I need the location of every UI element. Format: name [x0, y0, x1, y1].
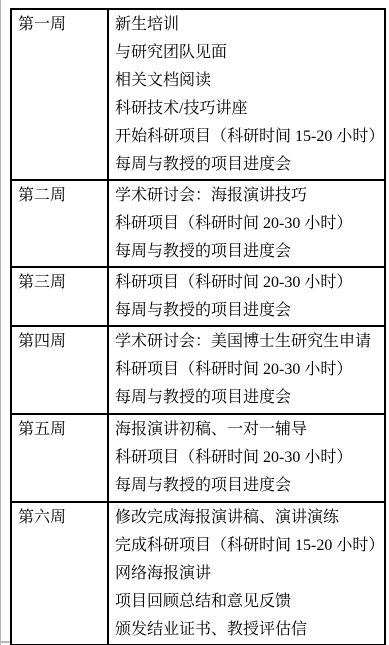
activities-cell: 学术研讨会：美国博士生研究生申请 科研项目（科研时间 20-30 小时） 每周与… — [108, 326, 385, 414]
week-label: 第一周 — [18, 16, 66, 33]
week-label-cell: 第一周 — [11, 9, 108, 180]
activity-line: 科研项目（科研时间 20-30 小时） — [115, 269, 382, 297]
activity-line: 每周与教授的项目进度会 — [115, 151, 382, 179]
table-row: 第一周 新生培训 与研究团队见面 相关文档阅读 科研技术/技巧讲座 开始科研项目… — [11, 9, 385, 180]
schedule-table: 第一周 新生培训 与研究团队见面 相关文档阅读 科研技术/技巧讲座 开始科研项目… — [10, 8, 386, 645]
activity-line: 每周与教授的项目进度会 — [115, 472, 382, 500]
activity-line: 新生培训 — [115, 11, 382, 39]
activity-line: 每周与教授的项目进度会 — [115, 238, 382, 266]
week-label-cell: 第五周 — [11, 414, 108, 502]
activities-cell: 学术研讨会：海报演讲技巧 科研项目（科研时间 20-30 小时） 每周与教授的项… — [108, 180, 385, 267]
week-label-cell: 第四周 — [11, 326, 108, 414]
activity-line: 完成科研项目（科研时间 15-20 小时） — [115, 532, 382, 560]
activities-cell: 新生培训 与研究团队见面 相关文档阅读 科研技术/技巧讲座 开始科研项目（科研时… — [108, 9, 385, 180]
activity-line: 每周与教授的项目进度会 — [115, 384, 382, 412]
table-row: 第六周 修改完成海报演讲稿、演讲演练 完成科研项目（科研时间 15-20 小时）… — [11, 502, 385, 645]
activity-line: 学术研讨会：海报演讲技巧 — [115, 182, 382, 210]
table-row: 第五周 海报演讲初稿、一对一辅导 科研项目（科研时间 20-30 小时） 每周与… — [11, 414, 385, 502]
table-row: 第二周 学术研讨会：海报演讲技巧 科研项目（科研时间 20-30 小时） 每周与… — [11, 180, 385, 267]
activities-cell: 修改完成海报演讲稿、演讲演练 完成科研项目（科研时间 15-20 小时） 网络海… — [108, 502, 385, 645]
activity-line: 修改完成海报演讲稿、演讲演练 — [115, 504, 382, 532]
week-label-cell: 第三周 — [11, 267, 108, 326]
activity-line: 学术研讨会：美国博士生研究生申请 — [115, 328, 382, 356]
document-page: 第一周 新生培训 与研究团队见面 相关文档阅读 科研技术/技巧讲座 开始科研项目… — [0, 0, 389, 645]
week-label-cell: 第二周 — [11, 180, 108, 267]
activity-line: 颁发结业证书、教授评估信 — [115, 616, 382, 644]
activity-line: 项目回顾总结和意见反馈 — [115, 588, 382, 616]
activity-line: 海报演讲初稿、一对一辅导 — [115, 416, 382, 444]
activity-line: 科研项目（科研时间 20-30 小时） — [115, 444, 382, 472]
week-label: 第四周 — [18, 333, 66, 350]
table-row: 第四周 学术研讨会：美国博士生研究生申请 科研项目（科研时间 20-30 小时）… — [11, 326, 385, 414]
activity-line: 开始科研项目（科研时间 15-20 小时） — [115, 123, 382, 151]
activity-line: 相关文档阅读 — [115, 67, 382, 95]
week-label: 第二周 — [18, 187, 66, 204]
activity-line: 科研项目（科研时间 20-30 小时） — [115, 210, 382, 238]
table-row: 第三周 科研项目（科研时间 20-30 小时） 每周与教授的项目进度会 — [11, 267, 385, 326]
week-label-cell: 第六周 — [11, 502, 108, 645]
activity-line: 科研项目（科研时间 20-30 小时） — [115, 356, 382, 384]
activities-cell: 海报演讲初稿、一对一辅导 科研项目（科研时间 20-30 小时） 每周与教授的项… — [108, 414, 385, 502]
activity-line: 科研技术/技巧讲座 — [115, 95, 382, 123]
activity-line: 与研究团队见面 — [115, 39, 382, 67]
page-edge-line — [0, 0, 1, 645]
week-label: 第五周 — [18, 421, 66, 438]
week-label: 第六周 — [18, 509, 66, 526]
activities-cell: 科研项目（科研时间 20-30 小时） 每周与教授的项目进度会 — [108, 267, 385, 326]
activity-line: 网络海报演讲 — [115, 560, 382, 588]
activity-line: 每周与教授的项目进度会 — [115, 297, 382, 325]
week-label: 第三周 — [18, 274, 66, 291]
